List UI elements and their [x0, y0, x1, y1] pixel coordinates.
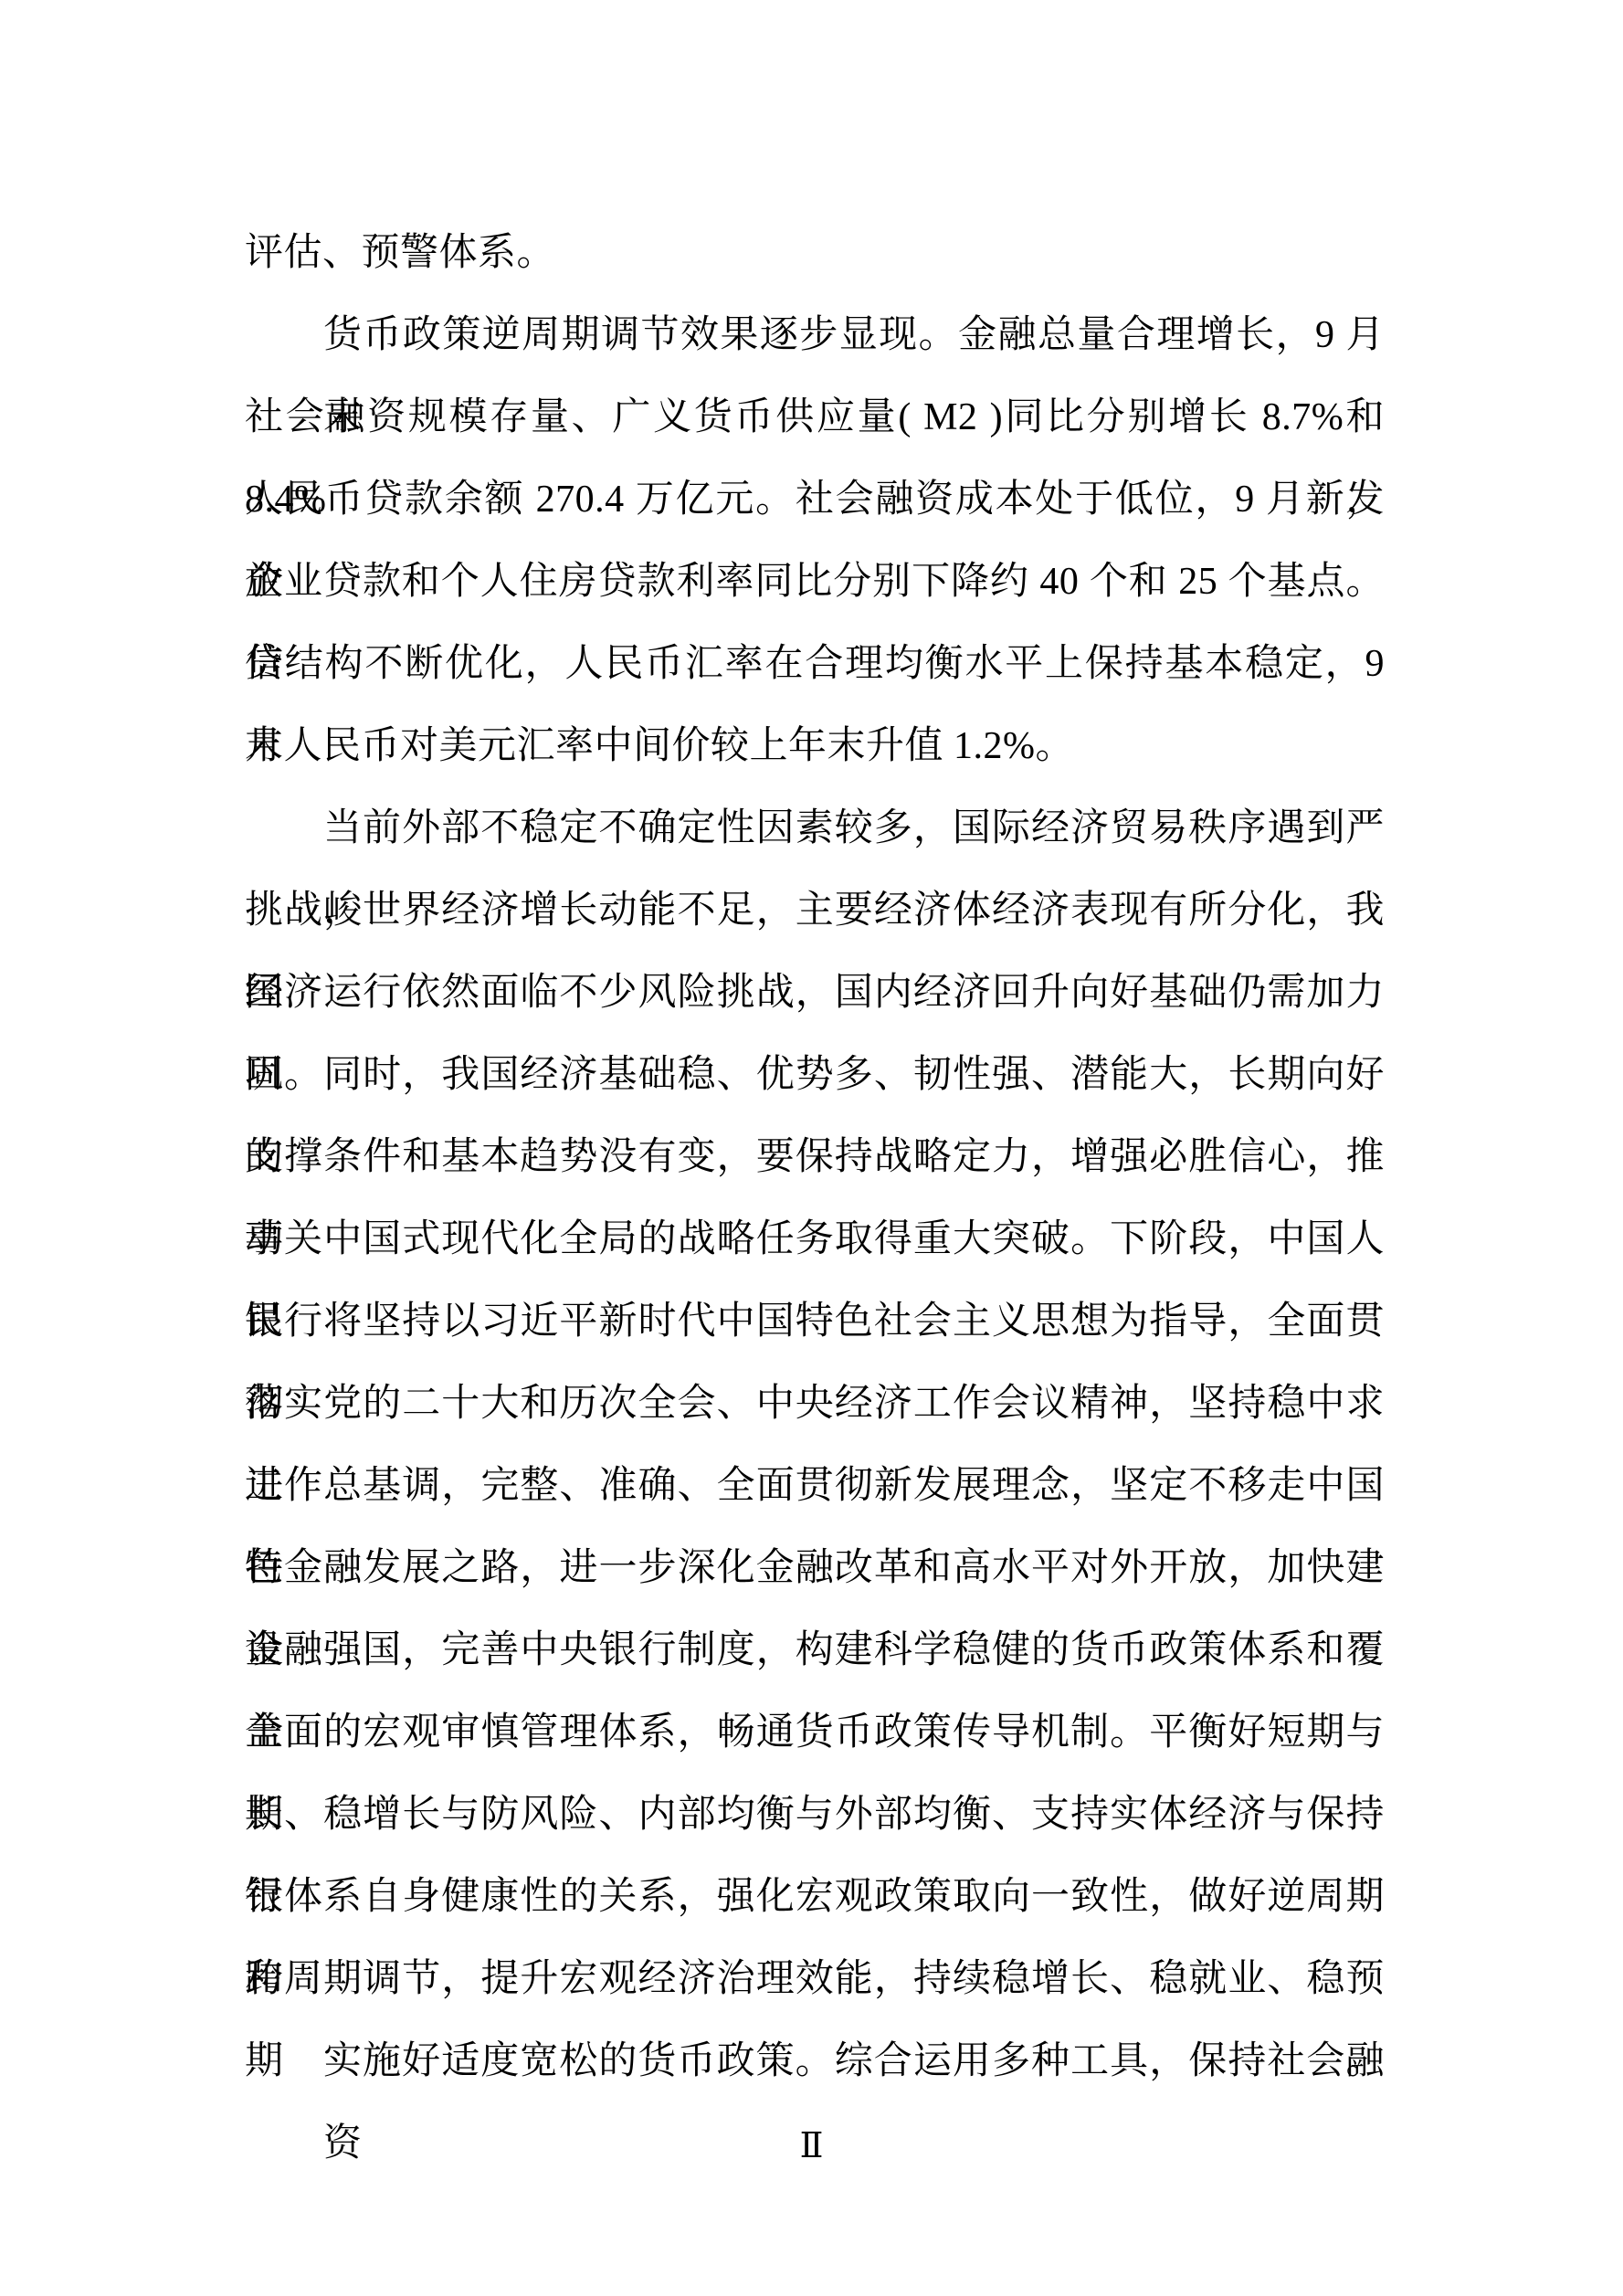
text-line: 经济运行依然面临不少风险挑战，国内经济回升向好基础仍需加力巩 [245, 952, 1385, 1034]
text-line: 银行将坚持以习近平新时代中国特色社会主义思想为指导，全面贯彻 [245, 1280, 1385, 1363]
text-line: 期、稳增长与防风险、内部均衡与外部均衡、支持实体经济与保持银 [245, 1774, 1385, 1856]
text-line: 评估、预警体系。 [245, 212, 1385, 294]
text-line: 支撑条件和基本趋势没有变，要保持战略定力，增强必胜信心，推动 [245, 1116, 1385, 1198]
text-line: 企业贷款和个人住房贷款利率同比分别下降约 40 个和 25 个基点。信 [245, 541, 1385, 623]
document-body: 评估、预警体系。货币政策逆周期调节效果逐步显现。金融总量合理增长，9 月末社会融… [245, 212, 1385, 2102]
text-line: 固。同时，我国经济基础稳、优势多、韧性强、潜能大，长期向好的 [245, 1034, 1385, 1116]
text-line: 人民币贷款余额 270.4 万亿元。社会融资成本处于低位，9 月新发放 [245, 458, 1385, 541]
text-line: 贷结构不断优化，人民币汇率在合理均衡水平上保持基本稳定，9 月 [245, 623, 1385, 705]
document-page: 评估、预警体系。货币政策逆周期调节效果逐步显现。金融总量合理增长，9 月末社会融… [0, 0, 1623, 2296]
text-line: 实施好适度宽松的货币政策。综合运用多种工具，保持社会融资 [245, 2020, 1385, 2102]
text-line: 当前外部不稳定不确定性因素较多，国际经济贸易秩序遇到严峻 [245, 787, 1385, 869]
text-line: 事关中国式现代化全局的战略任务取得重大突破。下阶段，中国人民 [245, 1198, 1385, 1280]
text-line: 金融强国，完善中央银行制度，构建科学稳健的货币政策体系和覆盖 [245, 1609, 1385, 1691]
text-line: 工作总基调，完整、准确、全面贯彻新发展理念，坚定不移走中国特 [245, 1445, 1385, 1527]
text-line: 社会融资规模存量、广义货币供应量( M2 )同比分别增长 8.7%和 8.4%， [245, 376, 1385, 458]
text-line: 末人民币对美元汇率中间价较上年末升值 1.2%。 [245, 705, 1385, 787]
text-line: 挑战，世界经济增长动能不足，主要经济体经济表现有所分化，我国 [245, 869, 1385, 952]
text-line: 行体系自身健康性的关系，强化宏观政策取向一致性，做好逆周期和 [245, 1856, 1385, 1938]
text-line: 色金融发展之路，进一步深化金融改革和高水平对外开放，加快建设 [245, 1527, 1385, 1609]
text-line: 货币政策逆周期调节效果逐步显现。金融总量合理增长，9 月末 [245, 294, 1385, 376]
text-line: 跨周期调节，提升宏观经济治理效能，持续稳增长、稳就业、稳预期。 [245, 1938, 1385, 2020]
page-number: Ⅱ [0, 2124, 1623, 2168]
text-line: 全面的宏观审慎管理体系，畅通货币政策传导机制。平衡好短期与长 [245, 1691, 1385, 1774]
text-line: 落实党的二十大和历次全会、中央经济工作会议精神，坚持稳中求进 [245, 1363, 1385, 1445]
